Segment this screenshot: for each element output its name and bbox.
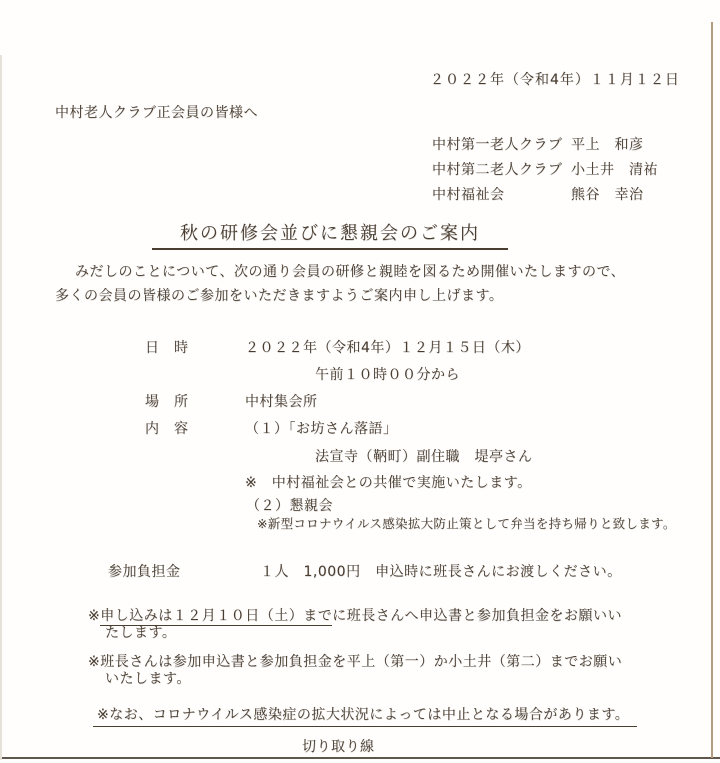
note-marker: ※ — [88, 608, 100, 624]
note-leader-line-2: いたします。 — [105, 671, 622, 688]
content-speaker: 法宣寺（鞆町）副住職 堤亭さん — [315, 446, 533, 466]
signature-name: 平上 和彦 — [571, 137, 644, 153]
sender-signatures: 中村第一老人クラブ 平上 和彦 中村第二老人クラブ 小土井 清祐 中村福祉会 熊… — [432, 133, 658, 208]
detail-value-datetime: ２０２２年（令和4年）１２月１５日（木） — [245, 337, 530, 357]
detail-value-start-time: 午前１０時００分から — [315, 364, 460, 384]
note-application-line-2: たします。 — [105, 625, 622, 642]
signature-row: 中村第一老人クラブ 平上 和彦 — [432, 133, 658, 158]
detail-label-datetime: 日 時 — [145, 337, 189, 357]
detail-label-place: 場 所 — [145, 391, 189, 411]
note-application-line-1: ※申し込みは１２月１０日（土）までに班長さんへ申込書と参加負担金をお願いい — [88, 608, 622, 625]
scan-edge-bottom — [0, 757, 720, 759]
intro-line-1: みだしのことについて、次の通り会員の研修と親睦を図るため開催いたしますので、 — [55, 260, 700, 284]
signature-name: 熊谷 幸治 — [571, 187, 644, 203]
signature-row: 中村第二老人クラブ 小土井 清祐 — [432, 158, 658, 183]
scan-edge-right — [711, 22, 713, 758]
cohost-note: ※ 中村福祉会との共催で実施いたします。 — [245, 472, 532, 492]
fee-label: 参加負担金 — [108, 561, 181, 581]
note-cancellation: ※なお、コロナウイルス感染症の拡大状況によっては中止となる場合があります。 — [93, 704, 637, 727]
fee-value: １人 1,000円 申込時に班長さんにお渡しください。 — [260, 561, 622, 581]
content-item-1: （１）「お坊さん落語」 — [245, 418, 398, 438]
deadline-underlined-text: 申し込みは１２月１０日（土）まで — [100, 608, 332, 626]
signature-row: 中村福祉会 熊谷 幸治 — [432, 183, 658, 208]
recipient-line: 中村老人クラブ正会員の皆様へ — [55, 102, 258, 122]
signature-org: 中村福祉会 — [432, 183, 566, 208]
bento-takeout-note: ※新型コロナウイルス感染拡大防止策として弁当を持ち帰りと致します。 — [257, 514, 676, 532]
intro-paragraph: みだしのことについて、次の通り会員の研修と親睦を図るため開催いたしますので、 多… — [55, 260, 700, 308]
note-application-rest: に班長さんへ申込書と参加負担金をお願いい — [332, 608, 622, 624]
document-title: 秋の研修会並びに懇親会のご案内 — [152, 219, 508, 250]
signature-org: 中村第二老人クラブ — [432, 158, 566, 183]
intro-line-2: 多くの会員の皆様のご参加をいただきますようご案内申し上げます。 — [55, 284, 700, 308]
scanned-document-page: ２０２２年（令和4年）１１月１２日 中村老人クラブ正会員の皆様へ 中村第一老人ク… — [0, 0, 720, 763]
detail-value-place: 中村集会所 — [245, 391, 318, 411]
note-leader-line-1: ※班長さんは参加申込書と参加負担金を平上（第一）か小土井（第二）までお願い — [88, 654, 622, 671]
signature-name: 小土井 清祐 — [571, 162, 658, 178]
issue-date: ２０２２年（令和4年）１１月１２日 — [430, 69, 680, 89]
cut-line-label: 切り取り線 — [302, 736, 375, 756]
detail-label-content: 内 容 — [145, 418, 189, 438]
scan-edge-left — [0, 55, 2, 760]
signature-org: 中村第一老人クラブ — [432, 133, 566, 158]
note-group-leader: ※班長さんは参加申込書と参加負担金を平上（第一）か小土井（第二）までお願い いた… — [88, 654, 622, 688]
note-application-deadline: ※申し込みは１２月１０日（土）までに班長さんへ申込書と参加負担金をお願いい たし… — [88, 608, 622, 642]
content-item-2: （２）懇親会 — [246, 495, 333, 515]
